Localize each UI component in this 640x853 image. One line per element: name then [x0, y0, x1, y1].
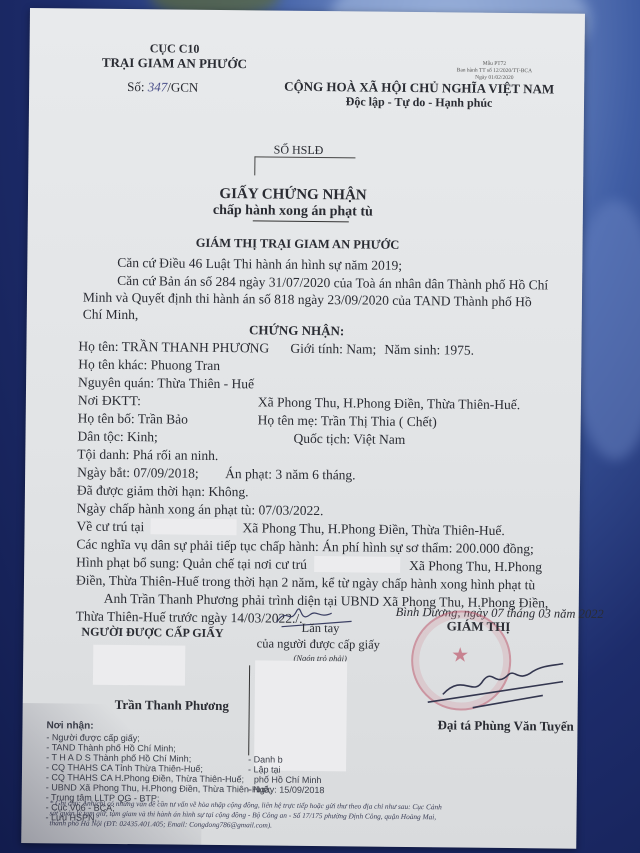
record-number-box [254, 156, 355, 176]
warden-heading: GIÁM THỊ [423, 618, 533, 635]
issuer-heading: GIÁM THỊ TRẠI GIAM AN PHƯỚC [167, 235, 427, 253]
certificate-document: CỤC C10 TRẠI GIAM AN PHƯỚC Số: 347/GCN M… [21, 8, 585, 849]
field-residence-label: Nơi ĐKTT: [78, 391, 141, 411]
unit-name: TRẠI GIAM AN PHƯỚC [89, 55, 259, 73]
field-father: Họ tên bố: Trần Bảo [78, 409, 188, 429]
form-ref: Ban hành TT số 12/2020/TT-BCA [439, 67, 549, 74]
redacted-signature [93, 645, 185, 686]
form-code: Mẫu PT72 [439, 60, 549, 67]
photo-shadow [21, 703, 202, 845]
fingerprint-owner: của người được cấp giấy [243, 636, 393, 653]
basis-line: Minh và Quyết định thi hành án số 818 ng… [83, 288, 532, 312]
redacted-address [150, 518, 236, 535]
redacted-address [314, 556, 400, 573]
field-gender: Giới tính: Nam; [290, 339, 376, 359]
certificate-subtitle: chấp hành xong án phạt tù [178, 203, 408, 221]
number-value: 347 [148, 79, 168, 94]
field-return-label: Về cư trú tại [76, 517, 144, 537]
field-mother: Họ tên mẹ: Trần Thị Thia ( Chết) [258, 410, 437, 431]
title-underline [253, 220, 349, 222]
fingerprint-card-info: - Danh b - Lập tại phố Hồ Chí Minh - Ngà… [248, 754, 325, 795]
recipient-heading: NGƯỜI ĐƯỢC CẤP GIẤY [81, 625, 223, 641]
national-motto: Độc lập - Tự do - Hạnh phúc [269, 94, 569, 112]
basis-line: Chí Minh, [83, 305, 139, 325]
field-birth-year: Năm sinh: 1975. [384, 340, 474, 360]
document-number: Số: 347/GCN [127, 79, 198, 96]
fingerprint-label: Lăn tay [255, 620, 385, 636]
field-ethnicity: Dân tộc: Kinh; [77, 427, 157, 447]
number-suffix: /GCN [167, 79, 198, 94]
warden-name: Đại tá Phùng Văn Tuyến [437, 717, 573, 734]
field-nationality: Quốc tịch: Việt Nam [293, 429, 405, 449]
warden-signature [423, 652, 574, 714]
number-label: Số: [127, 79, 144, 94]
card-item: - Ngày: 15/09/2018 [248, 784, 325, 795]
certify-heading: CHỨNG NHẬN: [227, 322, 367, 339]
